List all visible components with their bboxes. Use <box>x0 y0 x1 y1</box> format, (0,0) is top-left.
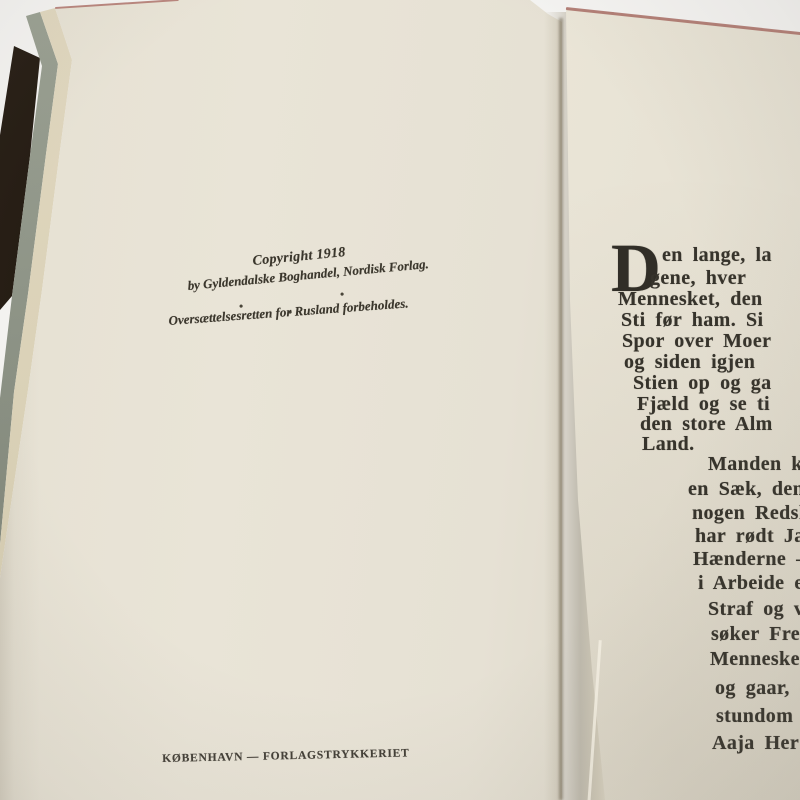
book-photo: Copyright 1918 by Gyldendalske Boghandel… <box>0 0 800 800</box>
photo-vignette <box>0 0 800 800</box>
